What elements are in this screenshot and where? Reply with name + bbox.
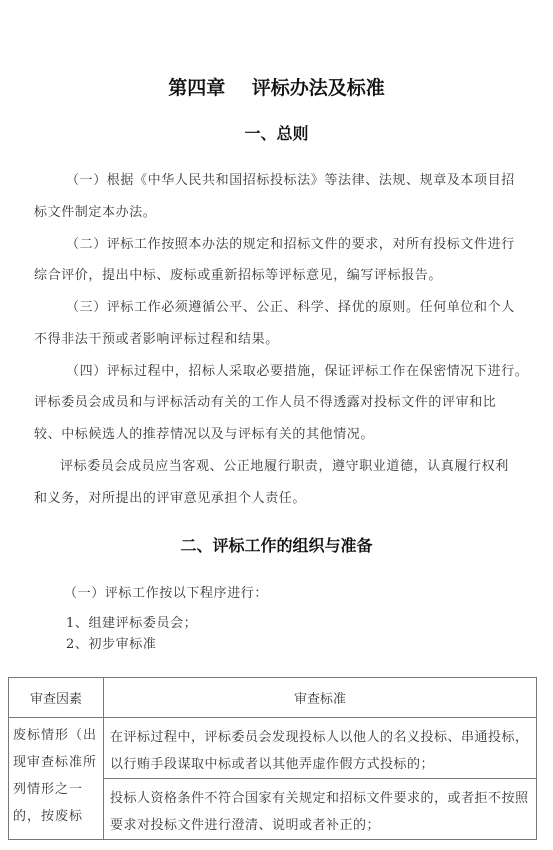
standard-line: 以行贿手段谋取中标或者以其他弄虚作假方式投标的； [110, 751, 532, 778]
procedure-intro: （一）评标工作按以下程序进行： [64, 582, 268, 601]
paragraph-4-line-2: 评标委员会成员和与评标活动有关的工作人员不得透露对投标文件的评审和比 [34, 391, 496, 410]
paragraph-5-line-2: 和义务，对所提出的评审意见承担个人责任。 [34, 487, 306, 506]
standard-cell: 在评标过程中，评标委员会发现投标人以他人的名义投标、串通投标， 以行贿手段谋取中… [104, 718, 537, 779]
standard-line: 投标人资格条件不符合国家有关规定和招标文件要求的，或者拒不按照 [110, 785, 532, 812]
section-1-title: 一、总则 [0, 121, 553, 144]
table-header-row: 审查因素 审查标准 [9, 678, 537, 718]
chapter-title: 第四章 评标办法及标准 [0, 73, 553, 100]
procedure-step-2: 2、初步审标准 [66, 633, 156, 652]
factor-cell: 废标情形（出现审查标准所列情形之一的，按废标 [9, 718, 104, 840]
header-factor: 审查因素 [9, 678, 104, 718]
standard-cell: 投标人资格条件不符合国家有关规定和招标文件要求的，或者拒不按照 要求对投标文件进… [104, 779, 537, 840]
standard-line: 要求对投标文件进行澄清、说明或者补正的； [110, 812, 532, 839]
paragraph-1-line-2: 标文件制定本办法。 [34, 201, 156, 220]
header-standard: 审查标准 [104, 678, 537, 718]
procedure-step-1: 1、组建评标委员会； [66, 612, 197, 631]
section-2-title: 二、评标工作的组织与准备 [0, 533, 553, 556]
paragraph-2-line-2: 综合评价，提出中标、废标或重新招标等评标意见，编写评标报告。 [34, 264, 442, 283]
paragraph-3-line-2: 不得非法干预或者影响评标过程和结果。 [34, 328, 279, 347]
standard-line: 在评标过程中，评标委员会发现投标人以他人的名义投标、串通投标， [110, 724, 532, 751]
paragraph-4-line-3: 较、中标候选人的推荐情况以及与评标有关的其他情况。 [34, 423, 374, 442]
review-criteria-table: 审查因素 审查标准 废标情形（出现审查标准所列情形之一的，按废标 在评标过程中，… [8, 677, 537, 840]
paragraph-5-line-1: 评标委员会成员应当客观、公正地履行职责，遵守职业道德，认真履行权利 [60, 455, 509, 474]
paragraph-3-line-1: （三）评标工作必须遵循公平、公正、科学、择优的原则。任何单位和个人 [66, 296, 515, 315]
paragraph-1-line-1: （一）根据《中华人民共和国招标投标法》等法律、法规、规章及本项目招 [66, 169, 515, 188]
paragraph-2-line-1: （二）评标工作按照本办法的规定和招标文件的要求，对所有投标文件进行 [66, 233, 515, 252]
table-row: 废标情形（出现审查标准所列情形之一的，按废标 在评标过程中，评标委员会发现投标人… [9, 718, 537, 779]
paragraph-4-line-1: （四）评标过程中，招标人采取必要措施，保证评标工作在保密情况下进行。 [66, 360, 528, 379]
